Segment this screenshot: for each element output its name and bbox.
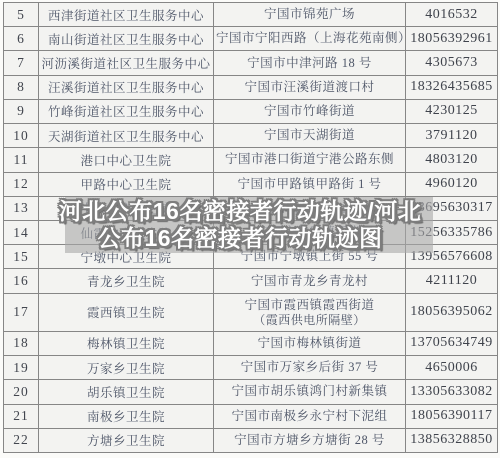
- row-number-cell: 22: [4, 428, 39, 452]
- phone-cell: 18056390117: [406, 404, 498, 428]
- row-number-cell: 16: [4, 269, 39, 293]
- row-number-cell: 15: [4, 245, 39, 269]
- table-row: 19万家乡卫生院宁国市万家乡后街 37 号4650006: [4, 356, 498, 380]
- table-row: 10天湖街道社区卫生服务中心宁国市天湖街道3791120: [4, 124, 498, 148]
- table-row: 22方塘乡卫生院宁国市方塘乡方塘街 28 号13856328850: [4, 428, 498, 452]
- facility-name-cell: 青龙乡卫生院: [39, 269, 214, 293]
- address-cell: 宁国市天湖街道: [214, 124, 406, 148]
- address-line1: 宁国市万家乡后街 37 号: [216, 360, 403, 375]
- address-line1: 宁国市青龙乡青龙村: [216, 274, 403, 289]
- address-cell: 宁国市南极乡永宁村下泥组: [214, 404, 406, 428]
- address-line1: 宁国市梅林镇街道: [216, 336, 403, 351]
- row-number-cell: 7: [4, 51, 39, 75]
- row-number-cell: 19: [4, 356, 39, 380]
- facility-name-cell: 港口中心卫生院: [39, 148, 214, 172]
- address-line2: （霞西供电所隔壁）: [216, 313, 403, 327]
- phone-cell: 3791120: [406, 124, 498, 148]
- row-number-cell: 14: [4, 220, 39, 244]
- address-line1: 宁国市南极乡永宁村下泥组: [216, 409, 403, 424]
- row-number-cell: 13: [4, 196, 39, 220]
- table-row: 11港口中心卫生院宁国市港口街道宁港公路东侧4803120: [4, 148, 498, 172]
- phone-cell: 4650006: [406, 356, 498, 380]
- address-cell: 宁国市青龙乡青龙村: [214, 269, 406, 293]
- facility-name-cell: 万家乡卫生院: [39, 356, 214, 380]
- row-number-cell: 21: [4, 404, 39, 428]
- table-row: 8汪溪街道社区卫生服务中心宁国市汪溪街道渡口村18326435685: [4, 75, 498, 99]
- facility-name-cell: 汪溪街道社区卫生服务中心: [39, 75, 214, 99]
- phone-cell: 13705634749: [406, 331, 498, 355]
- phone-cell: 18056392961: [406, 27, 498, 51]
- phone-cell: 4211120: [406, 269, 498, 293]
- address-line1: 宁国市胡乐镇鸿门村新集镇: [216, 384, 403, 399]
- row-number-cell: 9: [4, 99, 39, 123]
- address-cell: 宁国市竹峰街道: [214, 99, 406, 123]
- table-row: 20胡乐镇卫生院宁国市胡乐镇鸿门村新集镇13305633082: [4, 380, 498, 404]
- phone-cell: 4803120: [406, 148, 498, 172]
- phone-cell: 4230125: [406, 99, 498, 123]
- address-line1: 宁国市甲路镇甲路街 1 号: [216, 177, 403, 192]
- facility-name-cell: 竹峰街道社区卫生服务中心: [39, 99, 214, 123]
- table-row: 18梅林镇卫生院宁国市梅林镇街道13705634749: [4, 331, 498, 355]
- address-cell: 宁国市万家乡后街 37 号: [214, 356, 406, 380]
- address-cell: 宁国市方塘乡方塘街 28 号: [214, 428, 406, 452]
- address-cell: 宁国市胡乐镇鸿门村新集镇: [214, 380, 406, 404]
- address-line1: 宁国市竹峰街道: [216, 104, 403, 119]
- table-row: 6南山街道社区卫生服务中心宁国市宁阳西路（上海花苑南侧）18056392961: [4, 27, 498, 51]
- address-cell: 宁国市港口街道宁港公路东侧: [214, 148, 406, 172]
- address-cell: 宁国市甲路镇甲路街 1 号: [214, 172, 406, 196]
- facility-name-cell: 河沥溪街道社区卫生服务中心: [39, 51, 214, 75]
- table-row: 16青龙乡卫生院宁国市青龙乡青龙村4211120: [4, 269, 498, 293]
- phone-cell: 4305673: [406, 51, 498, 75]
- facility-name-cell: 甲路中心卫生院: [39, 172, 214, 196]
- table-row: 7河沥溪街道社区卫生服务中心宁国市中津河路 18 号4305673: [4, 51, 498, 75]
- row-number-cell: 18: [4, 331, 39, 355]
- facility-name-cell: 霞西镇卫生院: [39, 293, 214, 331]
- phone-cell: 13856328850: [406, 428, 498, 452]
- facility-name-cell: 西津街道社区卫生服务中心: [39, 3, 214, 27]
- table-row: 12甲路中心卫生院宁国市甲路镇甲路街 1 号4960120: [4, 172, 498, 196]
- address-line1: 宁国市方塘乡方塘街 28 号: [216, 433, 403, 448]
- row-number-cell: 5: [4, 3, 39, 27]
- watermark-title: 河北公布16名密接者行动轨迹/河北 公布16名密接者行动轨迹图: [40, 198, 440, 252]
- address-cell: 宁国市梅林镇街道: [214, 331, 406, 355]
- address-line1: 宁国市汪溪街道渡口村: [216, 80, 403, 95]
- table-row: 17霞西镇卫生院宁国市霞西镇霞西街道（霞西供电所隔壁）18056395062: [4, 293, 498, 331]
- address-cell: 宁国市中津河路 18 号: [214, 51, 406, 75]
- address-line1: 宁国市霞西镇霞西街道: [216, 298, 403, 313]
- row-number-cell: 6: [4, 27, 39, 51]
- row-number-cell: 17: [4, 293, 39, 331]
- table-row: 9竹峰街道社区卫生服务中心宁国市竹峰街道4230125: [4, 99, 498, 123]
- address-line1: 宁国市中津河路 18 号: [216, 56, 403, 71]
- table-row: 21南极乡卫生院宁国市南极乡永宁村下泥组18056390117: [4, 404, 498, 428]
- row-number-cell: 10: [4, 124, 39, 148]
- facility-name-cell: 方塘乡卫生院: [39, 428, 214, 452]
- address-cell: 宁国市宁阳西路（上海花苑南侧）: [214, 27, 406, 51]
- facility-name-cell: 南极乡卫生院: [39, 404, 214, 428]
- phone-cell: 4016532: [406, 3, 498, 27]
- facility-name-cell: 天湖街道社区卫生服务中心: [39, 124, 214, 148]
- screenshot-root: 5西津街道社区卫生服务中心宁国市锦苑广场40165326南山街道社区卫生服务中心…: [0, 0, 500, 458]
- phone-cell: 13305633082: [406, 380, 498, 404]
- row-number-cell: 12: [4, 172, 39, 196]
- watermark-title-line1: 河北公布16名密接者行动轨迹/河北: [40, 198, 440, 225]
- address-cell: 宁国市霞西镇霞西街道（霞西供电所隔壁）: [214, 293, 406, 331]
- watermark-title-line2: 公布16名密接者行动轨迹图: [40, 225, 440, 252]
- table-row: 5西津街道社区卫生服务中心宁国市锦苑广场4016532: [4, 3, 498, 27]
- row-number-cell: 8: [4, 75, 39, 99]
- facility-name-cell: 梅林镇卫生院: [39, 331, 214, 355]
- phone-cell: 18326435685: [406, 75, 498, 99]
- row-number-cell: 11: [4, 148, 39, 172]
- address-cell: 宁国市汪溪街道渡口村: [214, 75, 406, 99]
- facility-name-cell: 南山街道社区卫生服务中心: [39, 27, 214, 51]
- facility-name-cell: 胡乐镇卫生院: [39, 380, 214, 404]
- phone-cell: 18056395062: [406, 293, 498, 331]
- address-line1: 宁国市港口街道宁港公路东侧: [216, 152, 403, 167]
- address-line1: 宁国市天湖街道: [216, 128, 403, 143]
- address-cell: 宁国市锦苑广场: [214, 3, 406, 27]
- address-line1: 宁国市宁阳西路（上海花苑南侧）: [216, 31, 403, 46]
- address-line1: 宁国市锦苑广场: [216, 7, 403, 22]
- phone-cell: 4960120: [406, 172, 498, 196]
- row-number-cell: 20: [4, 380, 39, 404]
